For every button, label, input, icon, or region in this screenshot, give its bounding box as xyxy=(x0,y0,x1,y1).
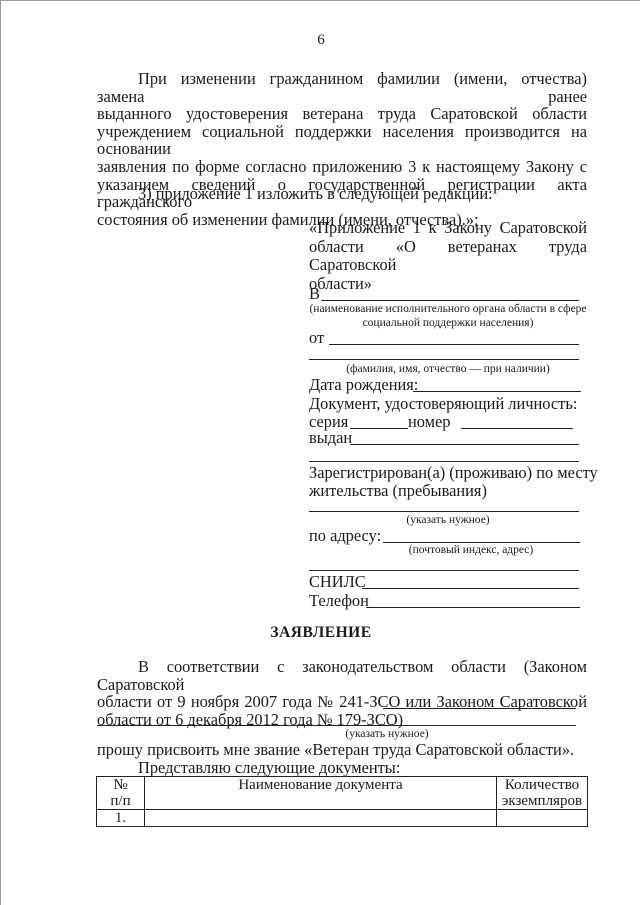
request-text: прошу присвоить мне звание «Ветеран труд… xyxy=(97,740,574,760)
header-num-line: п/п xyxy=(110,793,130,809)
docs-intro: Представляю следующие документы: xyxy=(138,758,400,778)
issued-field[interactable] xyxy=(350,444,579,445)
registered-line-2: жительства (пребывания) xyxy=(309,481,487,501)
header-qty-line: экземпляров xyxy=(502,793,582,809)
snils-field[interactable] xyxy=(362,588,579,589)
header-qty-line: Количество xyxy=(505,777,579,793)
from-label: от xyxy=(309,328,324,348)
intro-line: заявления по форме согласно приложению 3… xyxy=(97,158,587,176)
issued-field-line-2[interactable] xyxy=(309,461,579,462)
row-qty[interactable] xyxy=(497,810,588,827)
address-field-line-2[interactable] xyxy=(309,570,579,571)
header-qty: Количество экземпляров xyxy=(497,777,588,810)
issued-label: выдан xyxy=(309,428,352,448)
statement-line: В соответствии с законодательством облас… xyxy=(97,658,587,693)
header-num-line: № xyxy=(113,777,127,793)
from-caption: (фамилия, имя, отчество — при наличии) xyxy=(309,362,587,376)
registered-line-1: Зарегистрирован(а) (проживаю) по месту xyxy=(309,463,587,483)
intro-line: выданного удостоверения ветерана труда С… xyxy=(97,105,587,123)
registered-field[interactable] xyxy=(309,511,579,512)
law-choice-caption: (указать нужное) xyxy=(97,727,640,741)
phone-label: Телефон xyxy=(309,591,369,611)
appendix-header: «Приложение 1 к Закону Саратовской облас… xyxy=(309,219,587,293)
row-name[interactable] xyxy=(145,810,497,827)
appendix-line: области «О ветеранах труда Саратовской xyxy=(309,238,587,275)
law-choice-field[interactable] xyxy=(383,708,576,709)
to-caption: (наименование исполнительного органа обл… xyxy=(309,302,587,330)
row-num: 1. xyxy=(97,810,145,827)
from-field-line-2[interactable] xyxy=(309,359,579,360)
birth-label: Дата рождения: xyxy=(309,375,418,395)
statement-title: ЗАЯВЛЕНИЕ xyxy=(1,624,640,642)
to-caption-line: (наименование исполнительного органа обл… xyxy=(309,303,586,315)
intro-line: При изменении гражданином фамилии (имени… xyxy=(97,70,587,105)
registered-caption: (указать нужное) xyxy=(309,513,587,527)
law-choice-field-line-2[interactable] xyxy=(97,725,576,726)
series-field[interactable] xyxy=(350,428,408,429)
header-name: Наименование документа xyxy=(145,777,497,810)
snils-label: СНИЛС xyxy=(309,572,366,592)
intro-paragraph: При изменении гражданином фамилии (имени… xyxy=(97,70,587,228)
page-number: 6 xyxy=(1,32,640,49)
item-3: 3) приложение 1 изложить в следующей ред… xyxy=(138,185,493,203)
address-caption: (почтовый индекс, адрес) xyxy=(371,543,571,557)
to-caption-line: социальной поддержки населения) xyxy=(363,317,534,329)
from-field[interactable] xyxy=(329,344,579,345)
id-doc-label: Документ, удостоверяющий личность: xyxy=(309,394,577,414)
appendix-line: «Приложение 1 к Закону Саратовской xyxy=(309,219,587,238)
birth-field[interactable] xyxy=(413,391,581,392)
table-row: 1. xyxy=(97,810,588,827)
to-field[interactable] xyxy=(321,300,579,301)
statement-paragraph: В соответствии с законодательством облас… xyxy=(97,658,587,728)
intro-line: учреждением социальной поддержки населен… xyxy=(97,123,587,158)
documents-table: № п/п Наименование документа Количество … xyxy=(96,776,588,827)
to-label: В xyxy=(309,284,320,304)
table-header-row: № п/п Наименование документа Количество … xyxy=(97,777,588,810)
number-field[interactable] xyxy=(461,428,573,429)
number-label: номер xyxy=(408,412,451,432)
phone-field[interactable] xyxy=(366,607,580,608)
header-num: № п/п xyxy=(97,777,145,810)
